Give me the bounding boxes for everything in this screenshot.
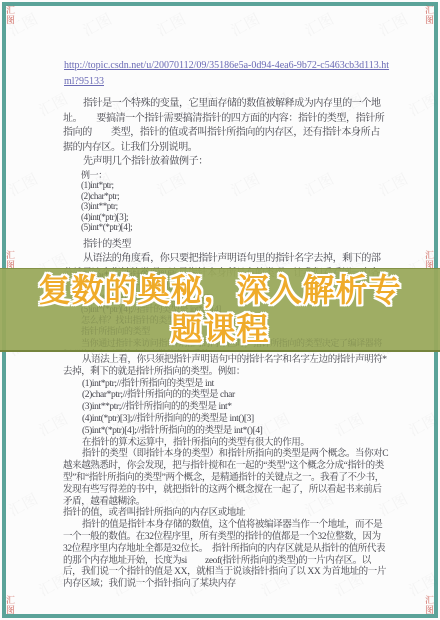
tile-watermark: 汇图 <box>405 88 440 121</box>
banner-title: 复数的奥秘，深入解析专 题课程 <box>0 269 440 350</box>
source-url-link[interactable]: http://topic.csdn.net/u/20070112/09/3518… <box>64 58 390 89</box>
doc-line: (4)int(*ptr)[3];//指针所指向的的类型是 int()[3] <box>63 414 389 426</box>
doc-line: 指针的值，或者叫指针所指向的内存区或地址 <box>63 508 389 520</box>
tile-watermark: 汇图 <box>375 8 411 41</box>
document-page: 汇图汇图汇图汇图汇图汇图汇图汇图汇图汇图汇图汇图汇图汇图汇图汇图汇图汇图汇图汇图… <box>0 0 440 620</box>
banner-title-line1: 复数的奥秘，深入解析专 <box>38 271 401 310</box>
source-url-line2: 95133 <box>79 76 104 87</box>
doc-line: (5)int*(*ptr)[4]; <box>63 222 389 233</box>
corner-watermark: 汇图 <box>4 5 17 25</box>
doc-line: (3)int**ptr; <box>63 201 389 212</box>
corner-watermark: 汇图 <box>423 250 436 270</box>
corner-watermark: 汇图 <box>4 250 17 270</box>
doc-line: 指针的类型（即指针本身的类型）和指针所指向的类型是两个概念。当你对C越来越熟悉时… <box>63 449 389 508</box>
doc-line: 先声明几个指针放着做例子： <box>63 155 389 170</box>
tile-watermark: 汇图 <box>227 8 263 41</box>
doc-line: (1)int*ptr;//指针所指向的类型是 int <box>63 379 389 391</box>
doc-line: (2)char*ptr;//指针所指向的的类型是 char <box>63 390 389 402</box>
tile-watermark: 汇图 <box>405 408 440 441</box>
doc-line: 指针的类型 <box>63 238 389 253</box>
doc-line: 指针是一个特殊的变量，它里面存储的数值被解释成为内存里的一个地址。 要搞清一个指… <box>63 97 389 155</box>
banner-title-line2: 题课程 <box>170 310 269 349</box>
doc-line: (2)char*ptr; <box>63 191 389 202</box>
doc-line: 在指针的算术运算中，指针所指向的类型有很大的作用。 <box>63 438 389 450</box>
banner-overlay-band: (2)char*ptr;//指针的类型是 char*(3)int**ptr;//… <box>0 268 440 352</box>
corner-watermark: 汇图 <box>423 5 436 25</box>
doc-line: (5)int*(*ptr)[4];//指针所指向的的类型是 int*()[4] <box>63 426 389 438</box>
doc-line: 从语法上看，你只须把指针声明语句中的指针名字和名字左边的指针声明符*去掉，剩下的… <box>63 355 389 379</box>
doc-line: 指针的值是指针本身存储的数值，这个值将被编译器当作一个地址，而不是一个一般的数值… <box>63 520 389 591</box>
article-text-lower: 从语法上看，你只须把指针声明语句中的指针名字和名字左边的指针声明符*去掉，剩下的… <box>63 355 389 591</box>
tile-watermark: 汇图 <box>153 8 189 41</box>
tile-watermark: 汇图 <box>301 8 337 41</box>
tile-watermark: 汇图 <box>5 168 41 201</box>
corner-watermark: 汇图 <box>4 595 17 615</box>
tile-watermark: 汇图 <box>5 488 41 521</box>
doc-line: (1)int*ptr; <box>63 180 389 191</box>
doc-line: 例一： <box>63 170 389 181</box>
source-url-line1: http://topic.csdn.net/u/20070112/09/3518… <box>64 60 389 87</box>
doc-line: (3)int**ptr;//指针所指向的的类型是 int* <box>63 402 389 414</box>
corner-watermark: 汇图 <box>423 595 436 615</box>
tile-watermark: 汇图 <box>79 8 115 41</box>
doc-line: (4)int(*ptr)[3]; <box>63 212 389 223</box>
